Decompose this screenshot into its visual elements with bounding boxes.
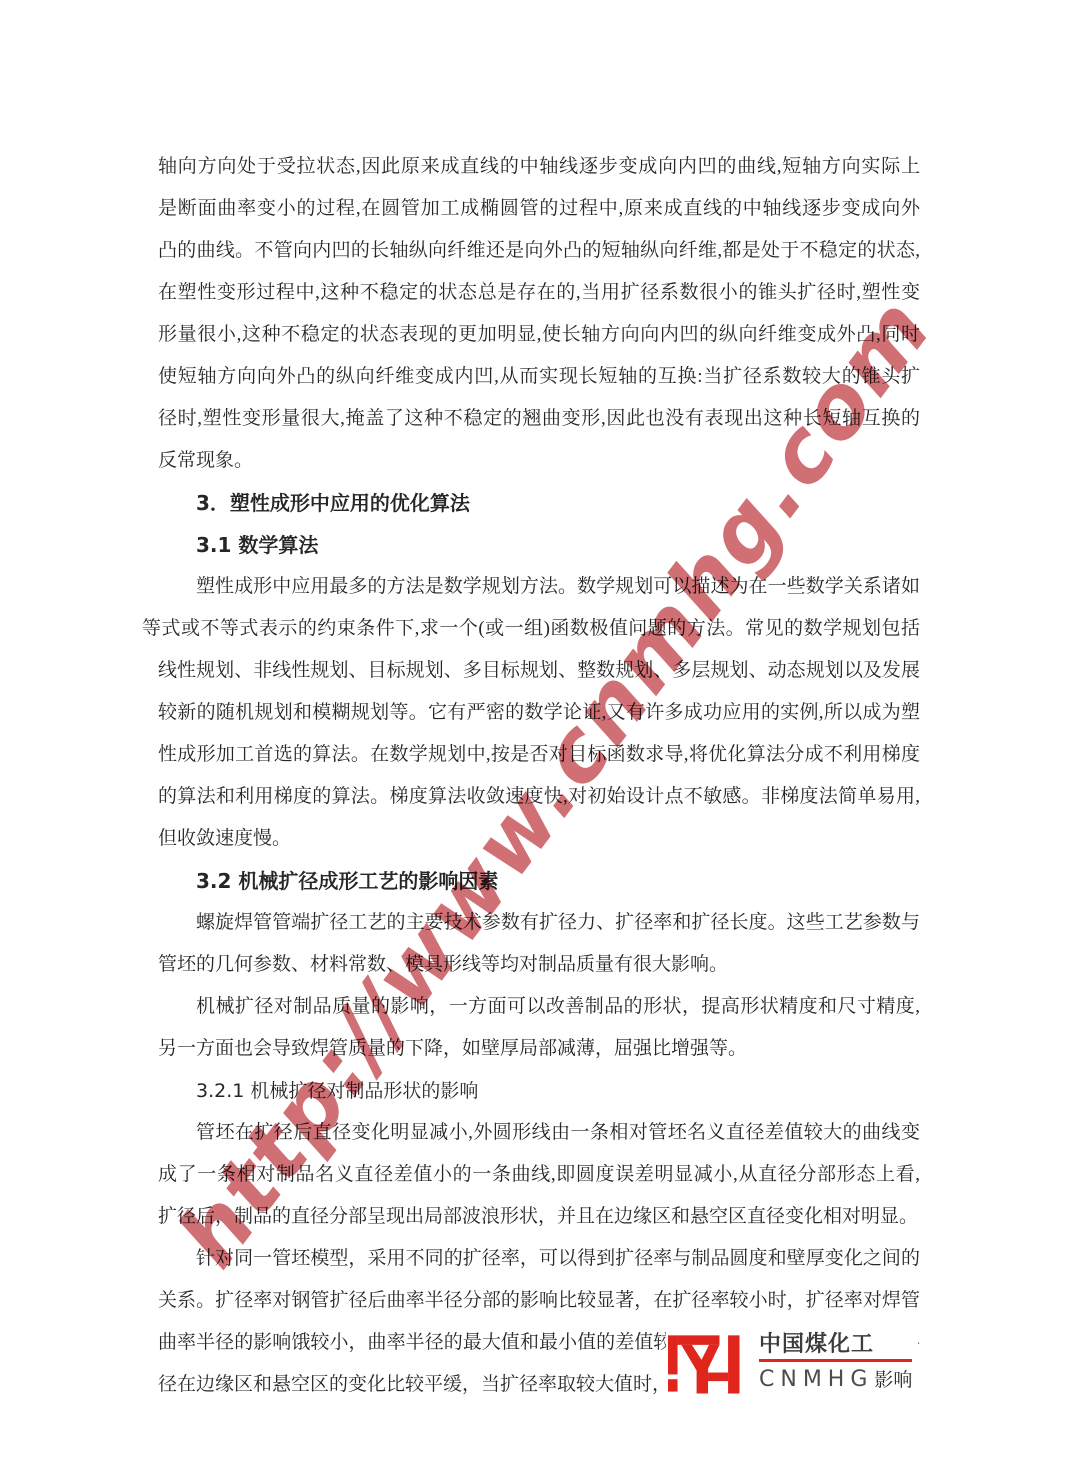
text-line: 另一方面也会导致焊管质量的下降，如壁厚局部减薄，屈强比增强等。: [158, 1028, 920, 1070]
text-line: 在塑性变形过程中,这种不稳定的状态总是存在的,当用扩径系数很小的锥头扩径时,塑性…: [158, 272, 920, 314]
text-line: 但收敛速度慢。: [158, 818, 920, 860]
text-line: 关系。扩径率对钢管扩径后曲率半径分部的影响比较显著，在扩径率较小时，扩径率对焊管: [158, 1280, 920, 1322]
cnmhg-logo-text: 中国煤化工 CNMHG 影响: [759, 1332, 912, 1393]
text-line: 机械扩径对制品质量的影响，一方面可以改善制品的形状，提高形状精度和尺寸精度,: [158, 986, 920, 1028]
text-line: 扩径后，制品的直径分部呈现出局部波浪形状，并且在边缘区和悬空区直径变化相对明显。: [158, 1196, 920, 1238]
text-line: 形量很小,这种不稳定的状态表现的更加明显,使长轴方向向内凹的纵向纤维变成外凸,同…: [158, 314, 920, 356]
text-line: 成了一条相对制品名义直径差值小的一条曲线,即圆度误差明显减小,从直径分部形态上看…: [158, 1154, 920, 1196]
text-line: 是断面曲率变小的过程,在圆管加工成椭圆管的过程中,原来成直线的中轴线逐步变成向外: [158, 188, 920, 230]
section-heading: 3．塑性成形中应用的优化算法: [158, 482, 920, 524]
text-line: 塑性成形中应用最多的方法是数学规划方法。数学规划可以描述为在一些数学关系诸如: [158, 566, 920, 608]
section-heading: 3.1 数学算法: [158, 524, 920, 566]
text-line: 的算法和利用梯度的算法。梯度算法收敛速度快,对初始设计点不敏感。非梯度法简单易用…: [158, 776, 920, 818]
text-line: 管坯的几何参数、材料常数、模具形线等均对制品质量有很大影响。: [158, 944, 920, 986]
text-line: 管坯在扩径后直径变化明显减小,外圆形线由一条相对管坯名义直径差值较大的曲线变: [158, 1112, 920, 1154]
text-line: 性成形加工首选的算法。在数学规划中,按是否对目标函数求导,将优化算法分成不利用梯…: [158, 734, 920, 776]
text-line: 使短轴方向向外凸的纵向纤维变成内凹,从而实现长短轴的互换:当扩径系数较大的锥头扩: [158, 356, 920, 398]
text-line: 径时,塑性变形量很大,掩盖了这种不稳定的翘曲变形,因此也没有表现出这种长短轴互换…: [158, 398, 920, 440]
text-line: 凸的曲线。不管向内凹的长轴纵向纤维还是向外凸的短轴纵向纤维,都是处于不稳定的状态…: [158, 230, 920, 272]
text-line: 较新的随机规划和模糊规划等。它有严密的数学论证,又有许多成功应用的实例,所以成为…: [158, 692, 920, 734]
cnmhg-logo-mark-icon: [668, 1332, 750, 1394]
text-line: 反常现象。: [158, 440, 920, 482]
logo-chinese-name: 中国煤化工: [759, 1332, 912, 1357]
logo-latin-row: CNMHG 影响: [759, 1365, 912, 1393]
logo-underline: [759, 1359, 912, 1362]
document-content: 轴向方向处于受拉状态,因此原来成直线的中轴线逐步变成向内凹的曲线,短轴方向实际上…: [158, 146, 920, 1406]
text-line: 等式或不等式表示的约束条件下,求一个(或一组)函数极值问题的方法。常见的数学规划…: [142, 608, 920, 650]
text-line: 线性规划、非线性规划、目标规划、多目标规划、整数规划、多层规划、动态规划以及发展: [158, 650, 920, 692]
text-line: 轴向方向处于受拉状态,因此原来成直线的中轴线逐步变成向内凹的曲线,短轴方向实际上: [158, 146, 920, 188]
text-line: 3.2.1 机械扩径对制品形状的影响: [158, 1070, 920, 1112]
cnmhg-logo: 中国煤化工 CNMHG 影响: [666, 1330, 918, 1398]
document-page: 轴向方向处于受拉状态,因此原来成直线的中轴线逐步变成向内凹的曲线,短轴方向实际上…: [0, 0, 1072, 1468]
text-line: 螺旋焊管管端扩径工艺的主要技术参数有扩径力、扩径率和扩径长度。这些工艺参数与: [158, 902, 920, 944]
logo-latin-name: CNMHG: [759, 1367, 873, 1393]
text-line: 针对同一管坯模型，采用不同的扩径率，可以得到扩径率与制品圆度和壁厚变化之间的: [158, 1238, 920, 1280]
section-heading: 3.2 机械扩径成形工艺的影响因素: [158, 860, 920, 902]
occluded-text-fragment: 影响: [874, 1365, 912, 1392]
